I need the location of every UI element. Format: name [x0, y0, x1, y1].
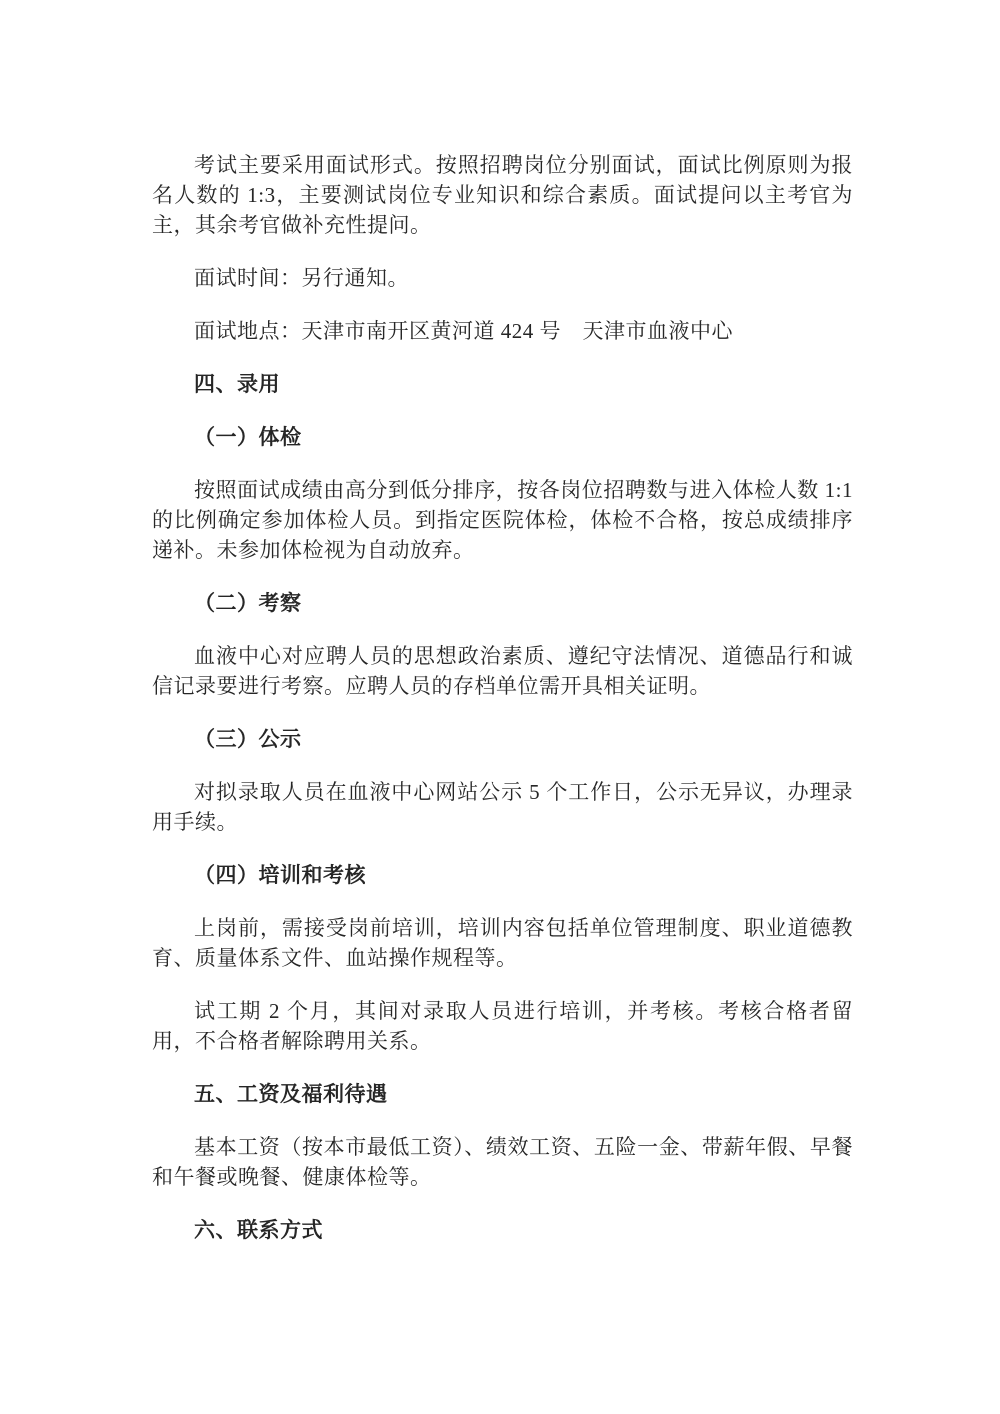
paragraph-interview-location: 面试地点：天津市南开区黄河道 424 号 天津市血液中心	[152, 316, 853, 346]
paragraph-publicity-details: 对拟录取人员在血液中心网站公示 5 个工作日，公示无异议，办理录用手续。	[152, 777, 853, 837]
heading-section-6-contact: 六、联系方式	[152, 1215, 853, 1245]
document-page: 考试主要采用面试形式。按照招聘岗位分别面试，面试比例原则为报名人数的 1:3，主…	[0, 0, 1000, 1414]
paragraph-pre-job-training: 上岗前，需接受岗前培训，培训内容包括单位管理制度、职业道德教育、质量体系文件、血…	[152, 913, 853, 973]
paragraph-interview-time: 面试时间：另行通知。	[152, 263, 853, 293]
paragraph-salary-benefits-details: 基本工资（按本市最低工资）、绩效工资、五险一金、带薪年假、早餐和午餐或晚餐、健康…	[152, 1132, 853, 1192]
paragraph-exam-interview-format: 考试主要采用面试形式。按照招聘岗位分别面试，面试比例原则为报名人数的 1:3，主…	[152, 150, 853, 240]
heading-subsection-3-publicity: （三）公示	[152, 724, 853, 754]
document-body: 考试主要采用面试形式。按照招聘岗位分别面试，面试比例原则为报名人数的 1:3，主…	[152, 150, 853, 1268]
heading-section-4-recruitment: 四、录用	[152, 369, 853, 399]
paragraph-inspection-details: 血液中心对应聘人员的思想政治素质、遵纪守法情况、道德品行和诚信记录要进行考察。应…	[152, 641, 853, 701]
paragraph-probation-period: 试工期 2 个月，其间对录取人员进行培训，并考核。考核合格者留用，不合格者解除聘…	[152, 996, 853, 1056]
heading-subsection-2-inspection: （二）考察	[152, 588, 853, 618]
heading-subsection-1-physical-exam: （一）体检	[152, 422, 853, 452]
heading-subsection-4-training-assessment: （四）培训和考核	[152, 860, 853, 890]
paragraph-physical-exam-rules: 按照面试成绩由高分到低分排序，按各岗位招聘数与进入体检人数 1:1 的比例确定参…	[152, 475, 853, 565]
heading-section-5-salary-benefits: 五、工资及福利待遇	[152, 1079, 853, 1109]
